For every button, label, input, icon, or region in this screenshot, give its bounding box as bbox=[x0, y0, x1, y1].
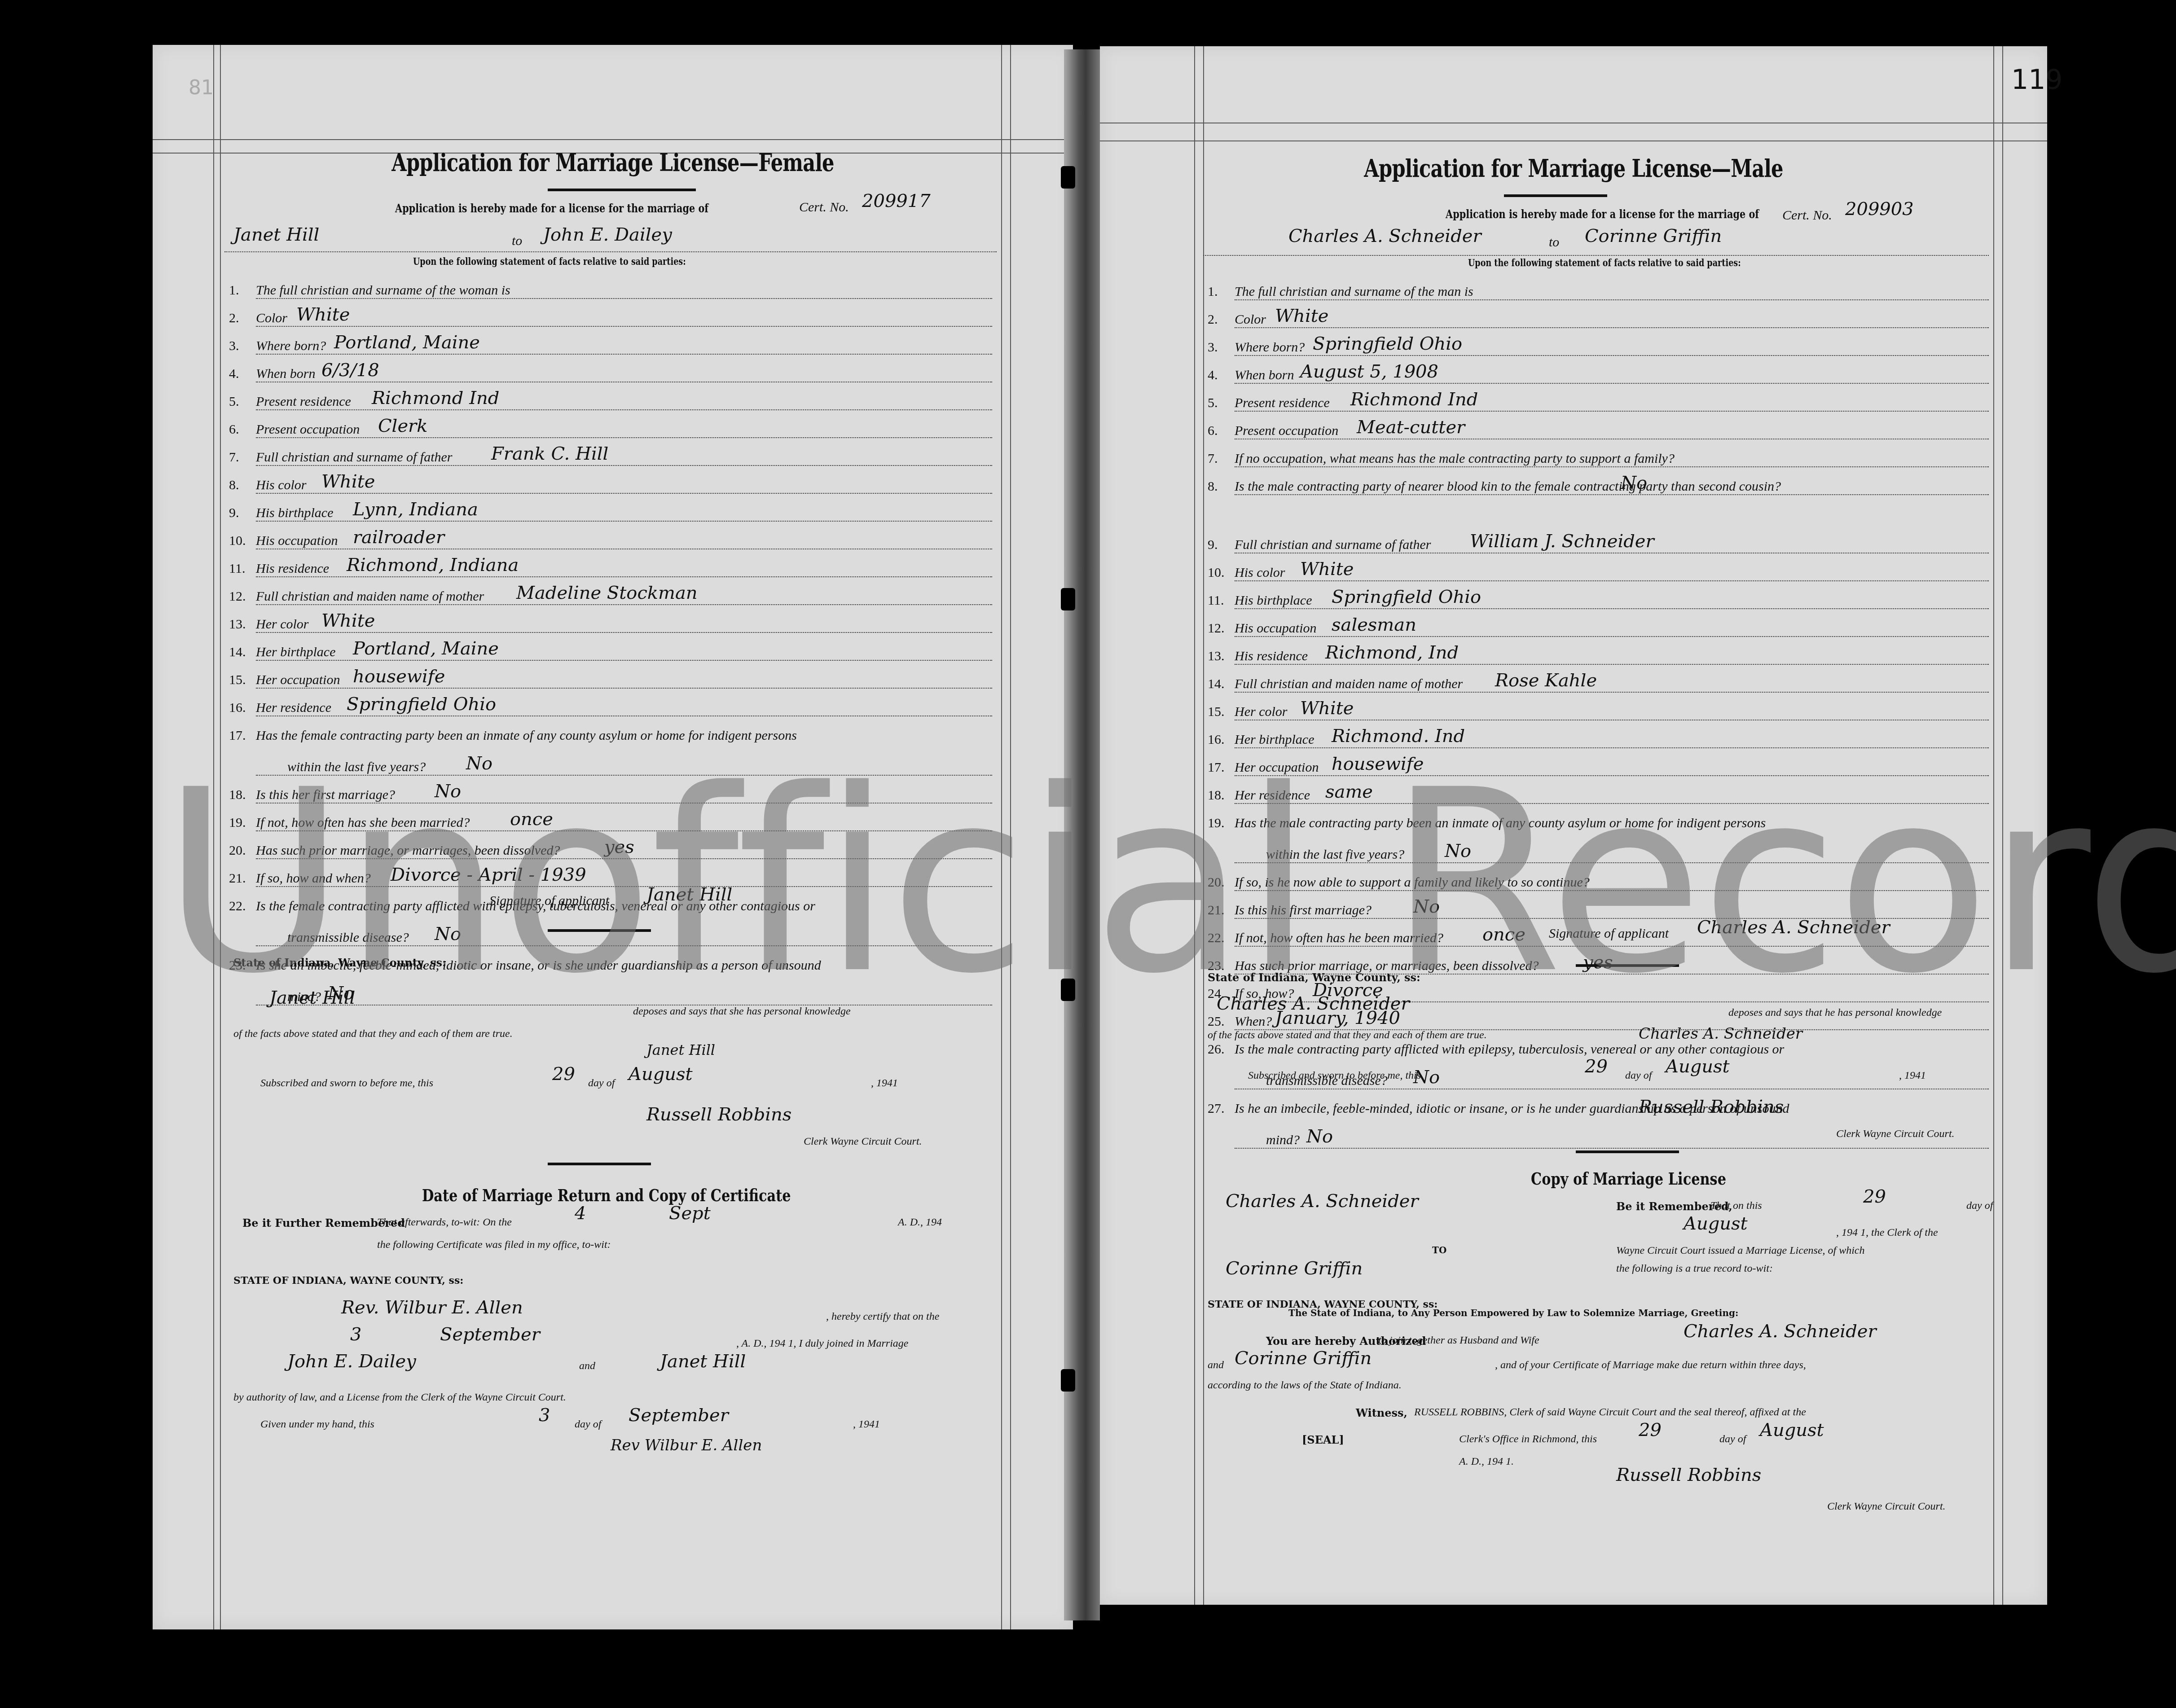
question-text: His color bbox=[1235, 565, 1285, 580]
answer-line bbox=[256, 576, 992, 577]
question-text: If so, is he now able to support a famil… bbox=[1235, 875, 1590, 890]
question-row: 7.Full christian and surname of father bbox=[229, 450, 453, 465]
handwritten-answer: Springfield Ohio bbox=[1332, 587, 1481, 607]
question-number: 6. bbox=[229, 422, 256, 437]
answer-line bbox=[1235, 636, 1989, 637]
answer-line bbox=[256, 945, 992, 946]
applicant-name: Charles A. Schneider bbox=[1288, 226, 1481, 246]
handwritten-answer: White bbox=[321, 471, 375, 492]
question-row: 11.His residence bbox=[229, 561, 329, 576]
answer-line bbox=[256, 660, 992, 661]
question-number: 7. bbox=[1208, 451, 1235, 466]
answer-line bbox=[1235, 862, 1989, 863]
names-line bbox=[224, 251, 997, 252]
answer-line bbox=[1235, 946, 1989, 947]
handwritten-answer: No bbox=[1621, 473, 1647, 493]
question-number: 26. bbox=[1208, 1042, 1235, 1057]
office-text: Clerk's Office in Richmond, this bbox=[1459, 1433, 1597, 1445]
section-rule bbox=[548, 929, 651, 932]
answer-line bbox=[256, 886, 992, 887]
handwritten-answer: Springfield Ohio bbox=[1313, 334, 1462, 354]
answer-line bbox=[256, 326, 992, 327]
question-number: 5. bbox=[229, 394, 256, 409]
question-row: 26.Is the male contracting party afflict… bbox=[1208, 1042, 1784, 1057]
question-row: 6.Present occupation bbox=[229, 422, 360, 437]
question-text: Where born? bbox=[256, 338, 326, 353]
question-row: 20.If so, is he now able to support a fa… bbox=[1208, 875, 1590, 890]
question-continuation: within the last five years? bbox=[287, 760, 426, 775]
answer-line bbox=[1235, 1089, 1989, 1089]
question-row: 14.Full christian and maiden name of mot… bbox=[1208, 676, 1463, 692]
question-row: 25.When? bbox=[1208, 1014, 1272, 1029]
question-number: 21. bbox=[1208, 903, 1235, 918]
question-number: 13. bbox=[1208, 649, 1235, 664]
return-title: Date of Marriage Return and Copy of Cert… bbox=[422, 1185, 791, 1205]
margin-rule bbox=[213, 45, 214, 1629]
issued-text: , 194 1, the Clerk of the bbox=[1836, 1227, 1938, 1239]
handwritten-answer: Richmond Ind bbox=[1350, 389, 1478, 410]
question-number: 17. bbox=[1208, 760, 1235, 775]
given-label: Given under my hand, this bbox=[260, 1418, 374, 1431]
deponent-name: Janet Hill bbox=[269, 988, 355, 1008]
spouse-name: John E. Dailey bbox=[543, 224, 672, 245]
wife-name: Corinne Griffin bbox=[1235, 1348, 1372, 1369]
answer-line bbox=[256, 775, 992, 776]
year-suffix: 1 bbox=[892, 1077, 898, 1089]
section-rule bbox=[1576, 1150, 1679, 1153]
question-text: Her occupation bbox=[256, 672, 340, 687]
signature-label: Signature of applicant bbox=[489, 893, 609, 909]
handwritten-answer: yes bbox=[604, 837, 634, 857]
question-text: His residence bbox=[1235, 649, 1308, 663]
question-text: Color bbox=[1235, 312, 1266, 327]
greeting-text: The State of Indiana, to Any Person Empo… bbox=[1288, 1308, 1738, 1318]
question-number: 3. bbox=[229, 338, 256, 354]
and-label: and bbox=[579, 1360, 595, 1372]
office-year: A. D., 194 1. bbox=[1459, 1456, 1514, 1468]
question-number: 4. bbox=[1208, 368, 1235, 383]
question-continuation: within the last five years? bbox=[1266, 847, 1404, 862]
handwritten-answer: Richmond. Ind bbox=[1332, 726, 1465, 746]
groom-name: John E. Dailey bbox=[287, 1351, 416, 1372]
ad-label: A. D., 194 bbox=[898, 1216, 942, 1229]
answer-line bbox=[1235, 466, 1989, 467]
handwritten-answer: Lynn, Indiana bbox=[353, 499, 478, 520]
sworn-label: Subscribed and sworn to before me, this bbox=[260, 1077, 433, 1089]
question-row: 4.When born bbox=[1208, 368, 1294, 383]
question-text: Full christian and surname of father bbox=[1235, 537, 1431, 552]
answer-line bbox=[1235, 747, 1989, 748]
to-label: to bbox=[512, 233, 522, 249]
day-of-label: day of bbox=[1625, 1070, 1652, 1082]
answer-line bbox=[256, 354, 992, 355]
question-row: 14.Her birthplace bbox=[229, 645, 335, 660]
cert-state-label: STATE OF INDIANA, WAYNE COUNTY, ss: bbox=[233, 1275, 463, 1286]
handwritten-answer: No bbox=[1413, 896, 1440, 917]
remembered-month: August bbox=[1684, 1213, 1748, 1234]
handwritten-answer: same bbox=[1325, 782, 1373, 802]
page-number: 119 bbox=[2011, 64, 2063, 96]
handwritten-answer: Meat-cutter bbox=[1357, 417, 1465, 438]
deposes-text: deposes and says that she has personal k… bbox=[633, 1005, 851, 1018]
issued-text-2: Wayne Circuit Court issued a Marriage Li… bbox=[1616, 1245, 1865, 1257]
question-text: Has the female contracting party been an… bbox=[256, 728, 797, 743]
answer-line bbox=[1235, 775, 1989, 776]
question-number: 4. bbox=[229, 366, 256, 382]
question-number: 3. bbox=[1208, 340, 1235, 355]
question-continuation: mind? bbox=[1266, 1133, 1300, 1148]
applicant-name: Janet Hill bbox=[233, 224, 319, 245]
question-row: 17.Has the female contracting party been… bbox=[229, 728, 797, 743]
clerk-title: Clerk Wayne Circuit Court. bbox=[804, 1136, 922, 1148]
day-of-label: day of bbox=[1719, 1433, 1746, 1445]
state-label: State of Indiana, Wayne County, ss: bbox=[1208, 971, 1420, 984]
question-text: Full christian and maiden name of mother bbox=[256, 589, 484, 604]
sworn-signature: Janet Hill bbox=[646, 1041, 715, 1058]
copy-to-label: TO bbox=[1432, 1245, 1446, 1256]
answer-line bbox=[1235, 608, 1989, 609]
sworn-day: 29 bbox=[552, 1064, 575, 1085]
day-of-label: day of bbox=[575, 1418, 601, 1431]
question-number: 17. bbox=[229, 728, 256, 743]
margin-rule bbox=[1194, 46, 1195, 1605]
question-number: 2. bbox=[229, 311, 256, 326]
sworn-label: Subscribed and sworn to before me, this bbox=[1248, 1070, 1421, 1082]
question-row: 15.Her occupation bbox=[229, 672, 340, 688]
answer-line bbox=[1235, 720, 1989, 720]
handwritten-answer: Richmond Ind bbox=[372, 388, 499, 408]
question-text: Full christian and maiden name of mother bbox=[1235, 676, 1463, 691]
handwritten-answer: Madeline Stockman bbox=[516, 583, 698, 603]
handwritten-answer: housewife bbox=[1332, 754, 1424, 774]
return-text: , and of your Certificate of Marriage ma… bbox=[1495, 1359, 1806, 1371]
question-text: His residence bbox=[256, 561, 329, 576]
handwritten-answer: August 5, 1908 bbox=[1300, 361, 1438, 382]
question-row: 22.If not, how often has he been married… bbox=[1208, 931, 1443, 946]
question-number: 1. bbox=[229, 283, 256, 298]
handwritten-answer: No bbox=[1445, 841, 1471, 861]
question-number: 12. bbox=[1208, 621, 1235, 636]
question-row: 1.The full christian and surname of the … bbox=[229, 283, 510, 298]
question-text: His occupation bbox=[256, 533, 338, 548]
handwritten-answer: once bbox=[510, 809, 553, 830]
state-label: State of Indiana, Wayne County, ss: bbox=[233, 956, 446, 969]
question-number: 27. bbox=[1208, 1101, 1235, 1116]
answer-line bbox=[1235, 494, 1989, 495]
laws-text: according to the laws of the State of In… bbox=[1208, 1379, 1402, 1392]
remembered-day: 29 bbox=[1863, 1186, 1886, 1207]
given-day: 3 bbox=[539, 1405, 550, 1426]
question-number: 16. bbox=[1208, 732, 1235, 747]
question-number: 14. bbox=[229, 645, 256, 660]
answer-line bbox=[256, 830, 992, 831]
binder-hole bbox=[1061, 166, 1075, 189]
question-row: 16.Her residence bbox=[229, 700, 331, 716]
handwritten-answer: White bbox=[1275, 306, 1328, 326]
question-number: 12. bbox=[229, 589, 256, 604]
question-row: 19.Has the male contracting party been a… bbox=[1208, 816, 1766, 831]
filed-month: Sept bbox=[669, 1203, 711, 1224]
witness-text: RUSSELL ROBBINS, Clerk of said Wayne Cir… bbox=[1414, 1406, 1806, 1418]
question-number: 20. bbox=[1208, 875, 1235, 890]
question-number: 6. bbox=[1208, 423, 1235, 439]
answer-line bbox=[1235, 1148, 1989, 1149]
answer-line bbox=[1235, 580, 1989, 581]
year-prefix: , 194 bbox=[853, 1418, 875, 1430]
question-row: 21.Is this his first marriage? bbox=[1208, 903, 1372, 918]
question-row: 7.If no occupation, what means has the m… bbox=[1208, 451, 1675, 466]
margin-rule bbox=[1993, 46, 1994, 1605]
answer-line bbox=[256, 549, 992, 549]
header-rule bbox=[153, 139, 1073, 140]
answer-line bbox=[256, 858, 992, 859]
question-number: 16. bbox=[229, 700, 256, 716]
handwritten-answer: White bbox=[321, 610, 375, 631]
female-application-page: 81 Application for Marriage License—Fema… bbox=[153, 45, 1073, 1629]
question-row: 1.The full christian and surname of the … bbox=[1208, 284, 1473, 299]
question-text: Her residence bbox=[256, 700, 331, 715]
filed-day: 4 bbox=[575, 1203, 586, 1224]
male-application-page: 119 Application for Marriage License—Mal… bbox=[1100, 46, 2047, 1605]
question-row: 12.Full christian and maiden name of mot… bbox=[229, 589, 484, 604]
question-row: 5.Present residence bbox=[229, 394, 351, 409]
sworn-signature: Charles A. Schneider bbox=[1639, 1025, 1802, 1043]
question-text: Where born? bbox=[1235, 340, 1305, 355]
question-row: 10.His occupation bbox=[229, 533, 338, 549]
question-number: 13. bbox=[229, 617, 256, 632]
year-prefix: , 194 bbox=[1899, 1070, 1921, 1081]
question-row: 18.Is this her first marriage? bbox=[229, 787, 395, 803]
title-rule bbox=[548, 189, 696, 191]
question-row: 5.Present residence bbox=[1208, 395, 1330, 411]
question-number: 22. bbox=[229, 899, 256, 914]
further-text: That afterwards, to-wit: On the bbox=[377, 1216, 512, 1229]
authority-text: by authority of law, and a License from … bbox=[233, 1392, 566, 1404]
married-day: 3 bbox=[350, 1324, 361, 1345]
question-row: 6.Present occupation bbox=[1208, 423, 1338, 439]
question-number: 5. bbox=[1208, 395, 1235, 411]
question-number: 10. bbox=[229, 533, 256, 549]
question-row: 15.Her color bbox=[1208, 704, 1287, 720]
facts-true-text: of the facts above stated and that they … bbox=[1208, 1029, 1487, 1041]
handwritten-answer: White bbox=[1300, 559, 1354, 580]
joined-text: , A. D., 194 1, I duly joined in Marriag… bbox=[736, 1338, 909, 1350]
header-rule bbox=[1100, 141, 2047, 141]
question-number: 10. bbox=[1208, 565, 1235, 580]
question-number: 1. bbox=[1208, 284, 1235, 299]
answer-line bbox=[1235, 383, 1989, 384]
margin-rule bbox=[1010, 45, 1011, 1629]
question-row: 16.Her birthplace bbox=[1208, 732, 1314, 747]
question-row: 19.If not, how often has she been marrie… bbox=[229, 815, 470, 830]
header-rule bbox=[1100, 123, 2047, 123]
filed-text: the following Certificate was filed in m… bbox=[377, 1239, 611, 1251]
question-number: 2. bbox=[1208, 312, 1235, 327]
spouse-name: Corinne Griffin bbox=[1585, 226, 1722, 246]
question-continuation: transmissible disease? bbox=[287, 930, 409, 945]
question-number: 21. bbox=[229, 871, 256, 886]
handwritten-answer: Rose Kahle bbox=[1495, 670, 1597, 691]
handwritten-answer: White bbox=[296, 304, 350, 325]
male-form-title: Application for Marriage License—Male bbox=[1195, 154, 1952, 183]
officiant-signature: Rev Wilbur E. Allen bbox=[611, 1436, 762, 1454]
section-rule bbox=[548, 1163, 651, 1165]
binder-hole bbox=[1061, 1369, 1075, 1392]
clerk-title: Clerk Wayne Circuit Court. bbox=[1836, 1128, 1955, 1140]
remembered-text: That on this bbox=[1710, 1200, 1762, 1212]
corner-mark: 81 bbox=[189, 76, 214, 99]
office-day: 29 bbox=[1639, 1420, 1662, 1440]
question-number: 8. bbox=[1208, 479, 1235, 494]
question-row: 9.Full christian and surname of father bbox=[1208, 537, 1431, 553]
handwritten-answer: Richmond, Indiana bbox=[347, 555, 519, 575]
question-text: Her residence bbox=[1235, 788, 1310, 803]
answer-line bbox=[1235, 439, 1989, 439]
office-month: August bbox=[1760, 1420, 1824, 1440]
handwritten-answer: Clerk bbox=[378, 416, 427, 436]
question-text: Is this her first marriage? bbox=[256, 787, 395, 802]
answer-line bbox=[1235, 553, 1989, 553]
handwritten-answer: William J. Schneider bbox=[1470, 531, 1654, 552]
answer-line bbox=[256, 1005, 992, 1005]
question-text: Present occupation bbox=[256, 422, 360, 437]
question-row: 13.His residence bbox=[1208, 649, 1308, 664]
question-text: When? bbox=[1235, 1014, 1272, 1029]
margin-rule bbox=[1203, 46, 1204, 1605]
title-rule bbox=[1504, 194, 1607, 197]
question-text: If so, how and when? bbox=[256, 871, 371, 886]
question-text: His birthplace bbox=[1235, 593, 1312, 608]
question-text: When born bbox=[256, 366, 315, 381]
clerk-signature: Russell Robbins bbox=[1639, 1097, 1784, 1117]
sworn-month: August bbox=[629, 1064, 693, 1085]
day-of-label: day of bbox=[1966, 1200, 1993, 1212]
question-text: Her color bbox=[1235, 704, 1287, 719]
answer-line bbox=[1235, 411, 1989, 412]
cert-number: 209917 bbox=[862, 191, 931, 211]
question-row: 11.His birthplace bbox=[1208, 593, 1312, 608]
question-text: Is this his first marriage? bbox=[1235, 903, 1372, 918]
question-number: 19. bbox=[229, 815, 256, 830]
answer-line bbox=[256, 382, 992, 382]
margin-rule bbox=[2002, 46, 2003, 1605]
handwritten-answer: White bbox=[1300, 698, 1354, 719]
sworn-day: 29 bbox=[1585, 1056, 1608, 1077]
handwritten-answer: No bbox=[435, 924, 461, 944]
question-text: Present occupation bbox=[1235, 423, 1338, 438]
female-form-title: Application for Marriage License—Female bbox=[245, 148, 981, 177]
handwritten-answer: Divorce - April - 1939 bbox=[391, 865, 586, 885]
facts-label: Upon the following statement of facts re… bbox=[413, 256, 686, 268]
question-text: Has such prior marriage, or marriages, b… bbox=[256, 843, 560, 858]
husband-name: Charles A. Schneider bbox=[1684, 1321, 1877, 1342]
question-number: 14. bbox=[1208, 676, 1235, 692]
question-text: The full christian and surname of the ma… bbox=[1235, 284, 1473, 299]
signature-label: Signature of applicant bbox=[1549, 926, 1669, 941]
binder-hole bbox=[1061, 979, 1075, 1001]
question-text: Her color bbox=[256, 617, 308, 632]
answer-line bbox=[1235, 664, 1989, 665]
question-row: 2.Color bbox=[229, 311, 287, 326]
certify-text: , hereby certify that on the bbox=[826, 1311, 939, 1323]
answer-line bbox=[256, 716, 992, 716]
issued-text-3: the following is a true record to-wit: bbox=[1616, 1263, 1773, 1275]
answer-line bbox=[256, 521, 992, 522]
question-text: Her occupation bbox=[1235, 760, 1319, 775]
handwritten-answer: Portland, Maine bbox=[353, 638, 499, 659]
year-suffix: 1 bbox=[1921, 1070, 1926, 1081]
answer-line bbox=[256, 632, 992, 633]
handwritten-answer: Frank C. Hill bbox=[491, 443, 608, 464]
applicant-signature: Janet Hill bbox=[646, 884, 732, 905]
and-label: and bbox=[1208, 1359, 1224, 1371]
question-row: 8.Is the male contracting party of neare… bbox=[1208, 479, 1781, 494]
question-row: 2.Color bbox=[1208, 312, 1266, 327]
cert-number: 209903 bbox=[1845, 199, 1914, 220]
question-number: 9. bbox=[229, 505, 256, 521]
question-text: Present residence bbox=[1235, 395, 1330, 410]
question-number: 11. bbox=[229, 561, 256, 576]
question-text: If no occupation, what means has the mal… bbox=[1235, 451, 1675, 466]
year-prefix: , 194 bbox=[871, 1077, 892, 1089]
given-month: September bbox=[629, 1405, 729, 1426]
answer-line bbox=[1235, 299, 1989, 300]
deponent-name: Charles A. Schneider bbox=[1217, 993, 1410, 1014]
question-number: 15. bbox=[229, 672, 256, 688]
handwritten-answer: No bbox=[435, 781, 461, 802]
handwritten-answer: housewife bbox=[353, 666, 445, 687]
question-number: 15. bbox=[1208, 704, 1235, 720]
married-month: September bbox=[440, 1324, 540, 1345]
question-number: 18. bbox=[229, 787, 256, 803]
handwritten-answer: once bbox=[1482, 924, 1525, 945]
question-row: 10.His color bbox=[1208, 565, 1285, 580]
question-text: His color bbox=[256, 478, 307, 492]
question-number: 22. bbox=[1208, 931, 1235, 946]
question-text: The full christian and surname of the wo… bbox=[256, 283, 510, 298]
deposes-text: deposes and says that he has personal kn… bbox=[1728, 1007, 1942, 1019]
applicant-signature: Charles A. Schneider bbox=[1697, 917, 1890, 938]
answer-line bbox=[256, 493, 992, 494]
answer-line bbox=[256, 298, 992, 299]
question-number: 7. bbox=[229, 450, 256, 465]
question-row: 18.Her residence bbox=[1208, 788, 1310, 803]
question-row: 21.If so, how and when? bbox=[229, 871, 371, 886]
handwritten-answer: No bbox=[466, 753, 492, 774]
question-text: Color bbox=[256, 311, 287, 325]
handwritten-answer: Springfield Ohio bbox=[347, 694, 496, 715]
question-row: 12.His occupation bbox=[1208, 621, 1316, 636]
handwritten-answer: 6/3/18 bbox=[321, 360, 379, 381]
question-row: 8.His color bbox=[229, 478, 307, 493]
question-text: If not, how often has she been married? bbox=[256, 815, 470, 830]
handwritten-answer: No bbox=[1306, 1126, 1333, 1147]
question-text: If not, how often has he been married? bbox=[1235, 931, 1443, 945]
intro-text: Application is hereby made for a license… bbox=[395, 202, 708, 215]
answer-line bbox=[1235, 327, 1989, 328]
question-text: Full christian and surname of father bbox=[256, 450, 453, 465]
to-label: to bbox=[1549, 235, 1559, 250]
question-number: 25. bbox=[1208, 1014, 1235, 1029]
question-number: 9. bbox=[1208, 537, 1235, 553]
sworn-month: August bbox=[1666, 1056, 1730, 1077]
day-of-label: day of bbox=[588, 1077, 615, 1089]
cert-label: Cert. No. bbox=[1782, 208, 1832, 223]
handwritten-answer: yes bbox=[1583, 952, 1613, 973]
clerk-signature: Russell Robbins bbox=[646, 1104, 791, 1125]
bride-name: Janet Hill bbox=[660, 1351, 746, 1372]
facts-true-text: of the facts above stated and that they … bbox=[233, 1028, 513, 1040]
